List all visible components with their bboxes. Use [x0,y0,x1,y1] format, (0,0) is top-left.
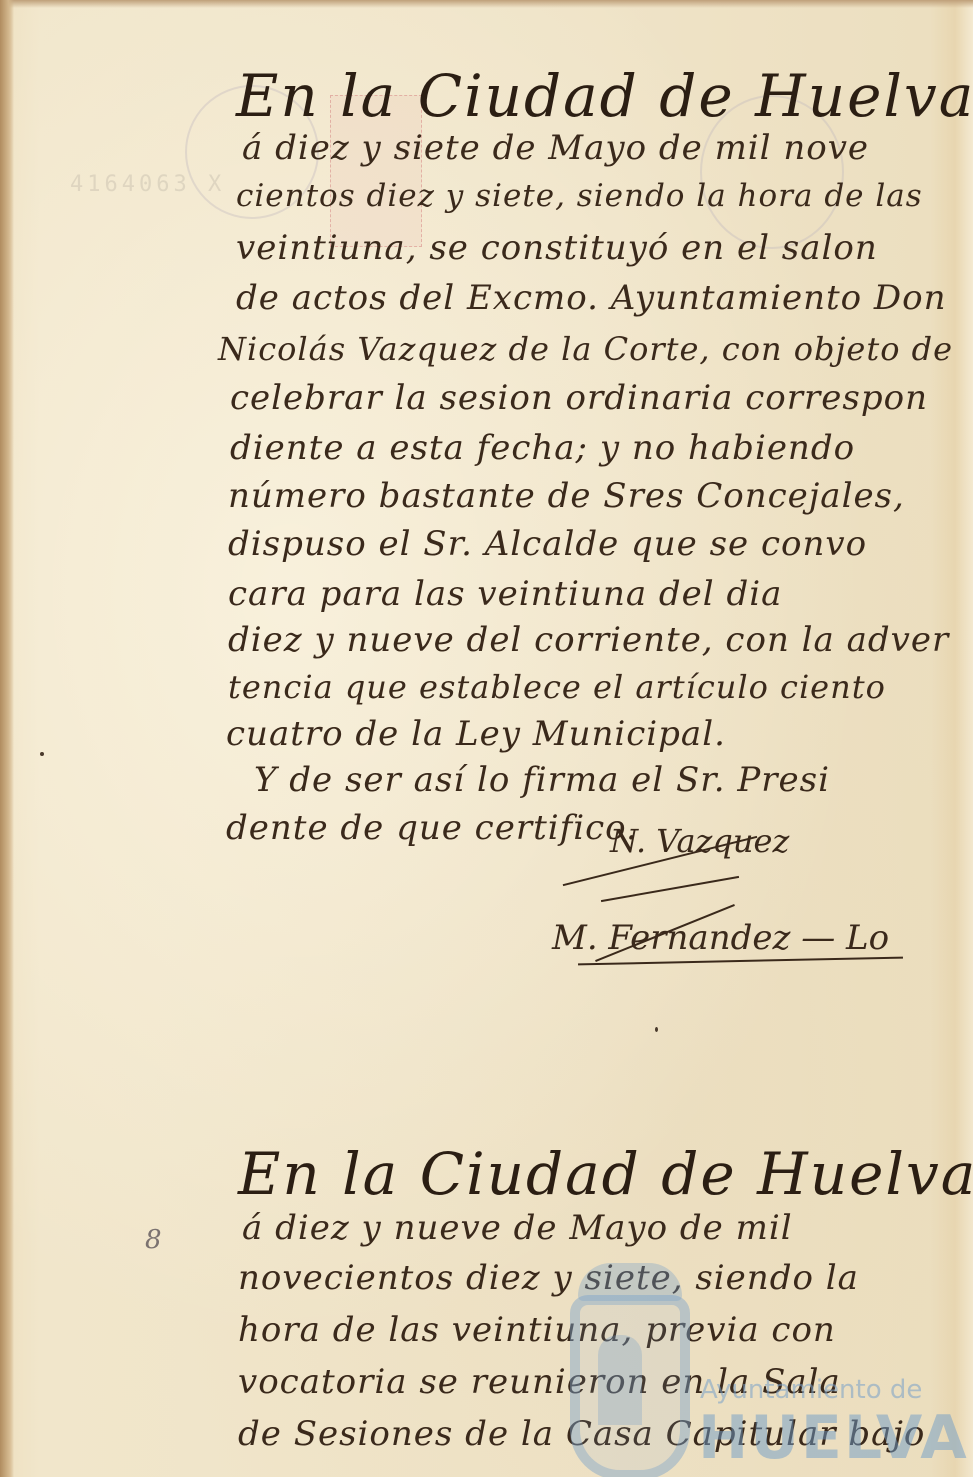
entry-2-heading: En la Ciudad de Huelva [238,1140,973,1208]
entry-1-heading: En la Ciudad de Huelva [236,62,973,130]
entry-1-line: diez y nueve del corriente, con la adver [228,620,949,660]
entry-1-line: diente a esta fecha; y no habiendo [230,428,855,468]
ink-speck [40,752,44,756]
entry-1-line: Nicolás Vazquez de la Corte, con objeto … [218,330,953,368]
ghost-stamp-number: 4164063 X [70,172,225,197]
page-binding-edge [0,0,14,1477]
signature-flourish [601,876,739,902]
entry-1-line: dente de que certifico. [226,808,638,848]
document-page: 4164063 X En la Ciudad de Huelva á diez … [0,0,973,1477]
ink-speck [655,1027,658,1032]
signature-president: N. Vazquez [610,822,789,860]
entry-2-line: hora de las veintiuna, previa con [238,1310,836,1350]
entry-1-line: dispuso el Sr. Alcalde que se convo [228,524,867,564]
entry-1-line: cuatro de la Ley Municipal. [226,714,726,754]
page-top-edge [0,0,973,8]
entry-1-line: tencia que establece el artículo ciento [228,668,886,706]
entry-2-line: á diez y nueve de Mayo de mil [242,1208,793,1248]
entry-1-line: celebrar la sesion ordinaria correspon [230,378,928,418]
entry-1-line: Y de ser así lo firma el Sr. Presi [254,760,830,800]
entry-2-line: de Sesiones de la Casa Capitular bajo [238,1414,925,1454]
entry-1-line: número bastante de Sres Concejales, [228,476,905,516]
entry-2-line: vocatoria se reunieron en la Sala [238,1362,841,1402]
margin-mark: 8 [145,1225,162,1255]
entry-1-line: de actos del Excmo. Ayuntamiento Don [236,278,947,318]
entry-1-line: veintiuna, se constituyó en el salon [236,228,878,268]
entry-1-line: á diez y siete de Mayo de mil nove [242,128,869,168]
entry-1-line: cara para las veintiuna del dia [228,574,782,614]
entry-1-line: cientos diez y siete, siendo la hora de … [236,178,923,214]
signature-secretary: M. Fernandez — Lo [552,918,889,958]
entry-2-line: novecientos diez y siete, siendo la [238,1258,859,1298]
